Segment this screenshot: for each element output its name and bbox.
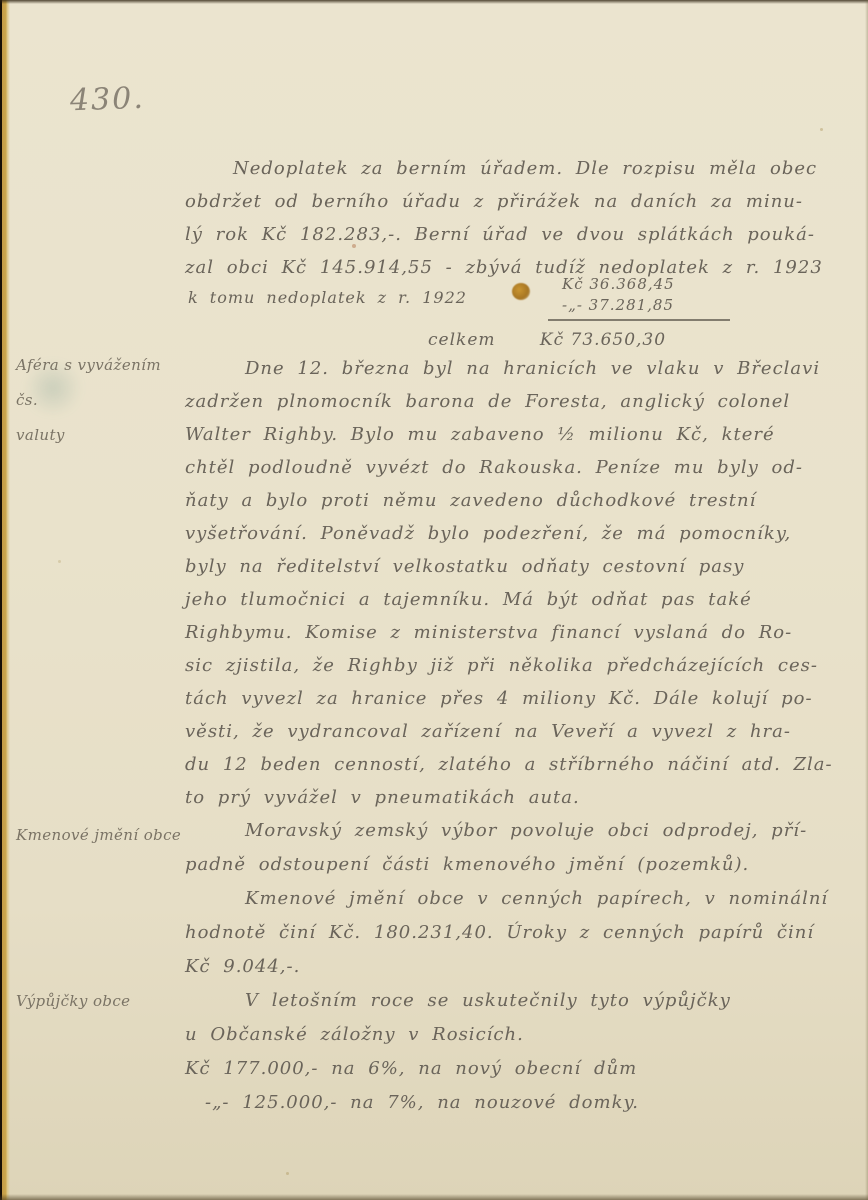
handwritten-line: hodnotě činí Kč. 180.231,40. Úroky z cen…	[185, 916, 853, 950]
margin-note-vypujcky: Výpůjčky obce	[16, 984, 186, 1019]
handwritten-line: vyšetřování. Poněvadž bylo podezření, že…	[185, 517, 853, 550]
handwritten-line: Dne 12. března byl na hranicích ve vlaku…	[185, 352, 853, 385]
paragraph-kmenove: Moravský zemský výbor povoluje obci odpr…	[185, 814, 853, 984]
handwritten-line: zal obci Kč 145.914,55 - zbývá tudíž ned…	[185, 251, 853, 284]
arrears-total-row: celkem Kč 73.650,30	[428, 330, 666, 350]
paragraph-vypujcky: V letošním roce se uskutečnily tyto výpů…	[185, 984, 853, 1120]
margin-note-afera: Aféra s vyvážením čs. valuty	[16, 348, 186, 453]
paragraph-nedoplatek: Nedoplatek za berním úřadem. Dle rozpisu…	[185, 152, 853, 284]
handwritten-line: u Občanské záložny v Rosicích.	[185, 1018, 853, 1052]
paper-speck	[820, 128, 823, 131]
page-number: 430.	[69, 81, 145, 119]
total-label: celkem	[428, 330, 496, 350]
handwritten-line: Kč 9.044,-.	[185, 950, 853, 984]
handwritten-line: sic zjistila, že Righby již při několika…	[185, 649, 853, 682]
book-edge-left	[0, 0, 10, 1200]
margin-note-line: Kmenové jmění obce	[16, 818, 186, 853]
arrears-amounts: Kč 36.368,45 -„- 37.281,85	[548, 274, 730, 321]
handwritten-line: věsti, že vydrancoval zařízení na Veveří…	[185, 715, 853, 748]
handwritten-line: V letošním roce se uskutečnily tyto výpů…	[185, 984, 853, 1018]
handwritten-line: Moravský zemský výbor povoluje obci odpr…	[185, 814, 853, 848]
handwritten-line: padně odstoupení části kmenového jmění (…	[185, 848, 853, 882]
book-edge-top	[0, 0, 868, 4]
handwritten-line: ňaty a bylo proti němu zavedeno důchodko…	[185, 484, 853, 517]
handwritten-line: Righbymu. Komise z ministerstva financí …	[185, 616, 853, 649]
handwritten-line: jeho tlumočnici a tajemníku. Má být odňa…	[185, 583, 853, 616]
book-edge-bottom	[0, 1194, 868, 1200]
handwritten-line: -„- 125.000,- na 7%, na nouzové domky.	[185, 1086, 853, 1120]
handwritten-line: du 12 beden cenností, zlatého a stříbrné…	[185, 748, 853, 781]
paper-speck	[286, 1172, 289, 1175]
amount-1922: -„- 37.281,85	[548, 295, 730, 316]
margin-note-kmenove: Kmenové jmění obce	[16, 818, 186, 853]
handwritten-line: Kč 177.000,- na 6%, na nový obecní dům	[185, 1052, 853, 1086]
handwritten-line: tách vyvezl za hranice přes 4 miliony Kč…	[185, 682, 853, 715]
margin-note-line: Aféra s vyvážením čs.	[16, 348, 186, 418]
paper-speck	[58, 560, 61, 563]
handwritten-line: Nedoplatek za berním úřadem. Dle rozpisu…	[185, 152, 853, 185]
handwritten-line: obdržet od berního úřadu z přirážek na d…	[185, 185, 853, 218]
margin-note-line: Výpůjčky obce	[16, 984, 186, 1019]
total-amount: Kč 73.650,30	[540, 330, 666, 350]
handwritten-line: byly na ředitelství velkostatku odňaty c…	[185, 550, 853, 583]
handwritten-line: Kmenové jmění obce v cenných papírech, v…	[185, 882, 853, 916]
ink-stain	[512, 283, 530, 300]
handwritten-line: lý rok Kč 182.283,-. Berní úřad ve dvou …	[185, 218, 853, 251]
margin-note-line: valuty	[16, 418, 186, 453]
handwritten-line: to prý vyvážel v pneumatikách auta.	[185, 781, 853, 814]
k-tomu-label: k tomu nedoplatek z r. 1922	[188, 288, 467, 307]
manuscript-page: 430. Nedoplatek za berním úřadem. Dle ro…	[0, 0, 868, 1200]
handwritten-line: chtěl podloudně vyvézt do Rakouska. Pení…	[185, 451, 853, 484]
amount-1923: Kč 36.368,45	[548, 274, 730, 295]
handwritten-line: zadržen plnomocník barona de Foresta, an…	[185, 385, 853, 418]
handwritten-line: Walter Righby. Bylo mu zabaveno ½ milion…	[185, 418, 853, 451]
paragraph-afera: Dne 12. března byl na hranicích ve vlaku…	[185, 352, 853, 814]
